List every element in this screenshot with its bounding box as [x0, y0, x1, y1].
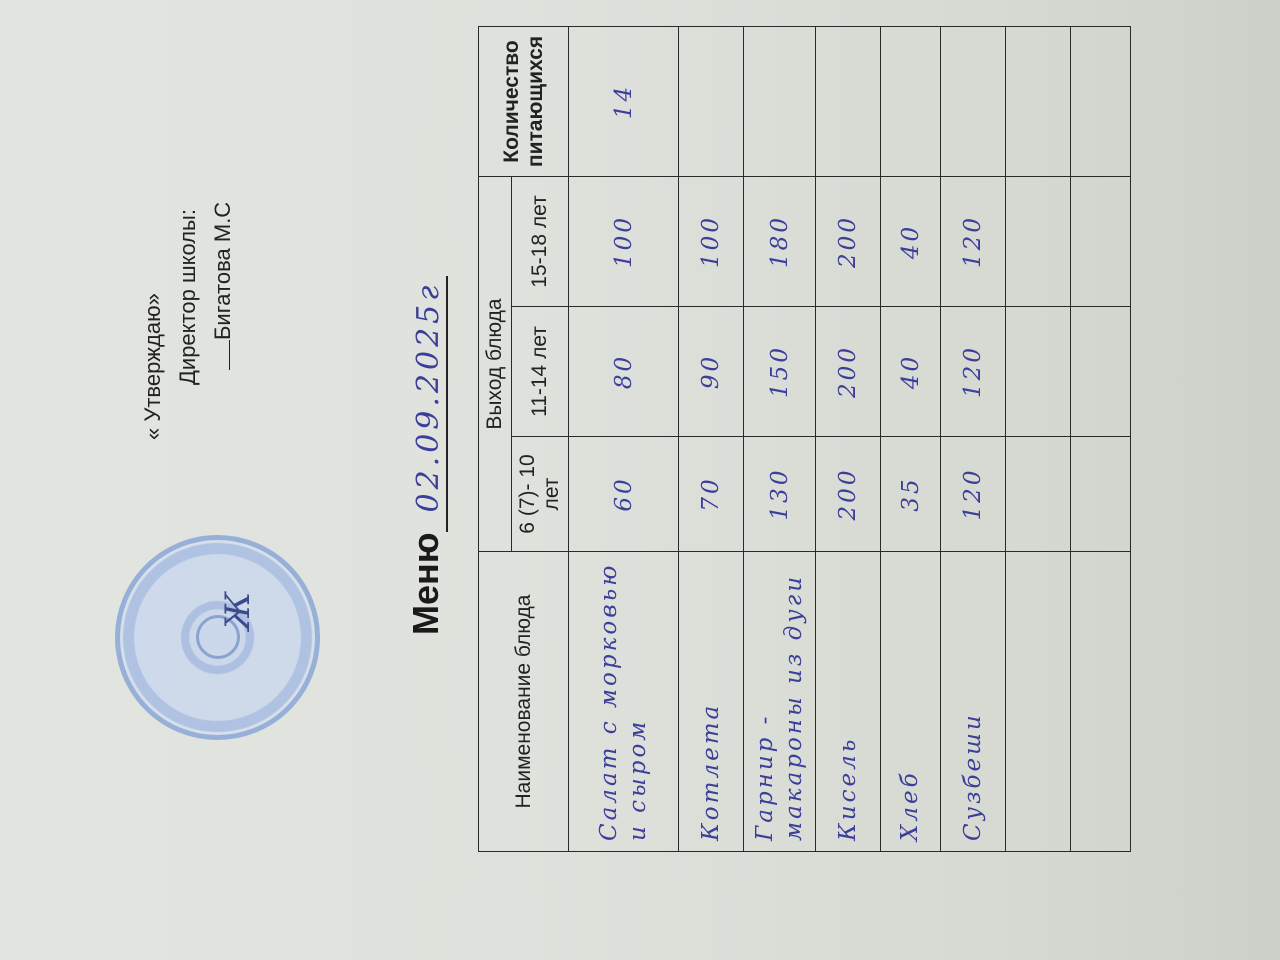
director-name: Бигатова М.С — [210, 202, 235, 340]
approval-heading: « Утверждаю» — [135, 202, 170, 440]
table-row: Салат с морковью и сыром608010014 — [569, 27, 679, 852]
age-15-18-cell — [1071, 177, 1131, 307]
age-11-14-cell — [1071, 307, 1131, 437]
dish-name-cell-value: Гарнир - макароны из дуги — [752, 574, 807, 841]
header-row: Наименование блюда Выход блюда Количеств… — [479, 27, 512, 852]
age-6-10-cell: 200 — [816, 437, 881, 552]
age-6-10-cell-value: 35 — [898, 476, 924, 511]
age-6-10-cell-value: 130 — [767, 468, 793, 521]
dish-name-cell: Салат с морковью и сыром — [569, 552, 679, 852]
menu-date: 02.09.2025г — [411, 276, 448, 533]
dish-name-cell-value: Хлеб — [897, 770, 923, 841]
age-11-14-cell: 200 — [816, 307, 881, 437]
age-15-18-cell-value: 100 — [611, 215, 637, 268]
dish-name-cell-value: Сузбеши — [960, 712, 986, 841]
dish-name-cell-value: Котлета — [698, 703, 724, 841]
document-photo: Ж « Утверждаю» Директор школы: Бигатова … — [0, 0, 1280, 960]
header-age-11-14: 11-14 лет — [512, 307, 569, 437]
director-title: Директор школы: — [170, 202, 205, 440]
age-6-10-cell-value: 70 — [698, 476, 724, 511]
school-stamp — [115, 535, 320, 740]
count-cell — [679, 27, 744, 177]
count-cell — [1006, 27, 1071, 177]
age-15-18-cell: 120 — [941, 177, 1006, 307]
table-row — [1006, 27, 1071, 852]
age-15-18-cell-value: 180 — [767, 215, 793, 268]
age-11-14-cell-value: 80 — [611, 354, 637, 389]
age-15-18-cell: 180 — [744, 177, 816, 307]
menu-page: Ж « Утверждаю» Директор школы: Бигатова … — [0, 0, 1280, 960]
director-signature: Ж — [218, 592, 258, 630]
age-6-10-cell: 120 — [941, 437, 1006, 552]
header-dish-name: Наименование блюда — [479, 552, 569, 852]
count-cell: 14 — [569, 27, 679, 177]
header-count: Количество питающихся — [479, 27, 569, 177]
table-row: Котлета7090100 — [679, 27, 744, 852]
header-age-15-18: 15-18 лет — [512, 177, 569, 307]
dish-name-cell: Гарнир - макароны из дуги — [744, 552, 816, 852]
menu-title: Меню02.09.2025г — [405, 276, 448, 635]
age-11-14-cell: 80 — [569, 307, 679, 437]
age-11-14-cell-value: 120 — [960, 345, 986, 398]
dish-name-cell-value: Кисель — [835, 737, 861, 841]
age-11-14-cell-value: 200 — [835, 345, 861, 398]
table-row — [1071, 27, 1131, 852]
header-age-6-10: 6 (7)- 10 лет — [512, 437, 569, 552]
age-15-18-cell: 40 — [881, 177, 941, 307]
signature-line — [229, 340, 230, 370]
age-6-10-cell: 35 — [881, 437, 941, 552]
age-6-10-cell-value: 60 — [611, 476, 637, 511]
count-cell — [881, 27, 941, 177]
dish-name-cell — [1071, 552, 1131, 852]
dish-name-cell: Хлеб — [881, 552, 941, 852]
dish-name-cell-value: Салат с морковью и сыром — [596, 563, 651, 841]
count-cell — [816, 27, 881, 177]
age-11-14-cell: 40 — [881, 307, 941, 437]
age-6-10-cell: 130 — [744, 437, 816, 552]
count-cell — [744, 27, 816, 177]
age-15-18-cell-value: 120 — [960, 215, 986, 268]
age-6-10-cell: 70 — [679, 437, 744, 552]
age-6-10-cell — [1006, 437, 1071, 552]
table-row: Хлеб354040 — [881, 27, 941, 852]
age-11-14-cell: 150 — [744, 307, 816, 437]
table-row: Сузбеши120120120 — [941, 27, 1006, 852]
age-15-18-cell-value: 40 — [898, 224, 924, 259]
age-6-10-cell-value: 120 — [960, 468, 986, 521]
age-11-14-cell-value: 40 — [898, 354, 924, 389]
dish-name-cell: Кисель — [816, 552, 881, 852]
age-15-18-cell-value: 100 — [698, 215, 724, 268]
age-15-18-cell: 100 — [569, 177, 679, 307]
age-11-14-cell: 90 — [679, 307, 744, 437]
dish-name-cell: Котлета — [679, 552, 744, 852]
age-15-18-cell: 100 — [679, 177, 744, 307]
director-name-line: Бигатова М.С — [205, 202, 240, 440]
table-row: Кисель200200200 — [816, 27, 881, 852]
dish-name-cell: Сузбеши — [941, 552, 1006, 852]
header-output: Выход блюда — [479, 177, 512, 552]
age-15-18-cell-value: 200 — [835, 215, 861, 268]
age-15-18-cell — [1006, 177, 1071, 307]
age-15-18-cell: 200 — [816, 177, 881, 307]
menu-table: Наименование блюда Выход блюда Количеств… — [478, 26, 1131, 852]
age-11-14-cell — [1006, 307, 1071, 437]
count-cell — [1071, 27, 1131, 177]
count-cell — [941, 27, 1006, 177]
approval-block: « Утверждаю» Директор школы: Бигатова М.… — [135, 202, 241, 440]
age-11-14-cell: 120 — [941, 307, 1006, 437]
age-11-14-cell-value: 150 — [767, 345, 793, 398]
age-11-14-cell-value: 90 — [698, 354, 724, 389]
count-cell-value: 14 — [611, 84, 637, 119]
dish-name-cell — [1006, 552, 1071, 852]
menu-title-label: Меню — [405, 533, 446, 636]
table-row: Гарнир - макароны из дуги130150180 — [744, 27, 816, 852]
age-6-10-cell — [1071, 437, 1131, 552]
age-6-10-cell-value: 200 — [835, 468, 861, 521]
age-6-10-cell: 60 — [569, 437, 679, 552]
